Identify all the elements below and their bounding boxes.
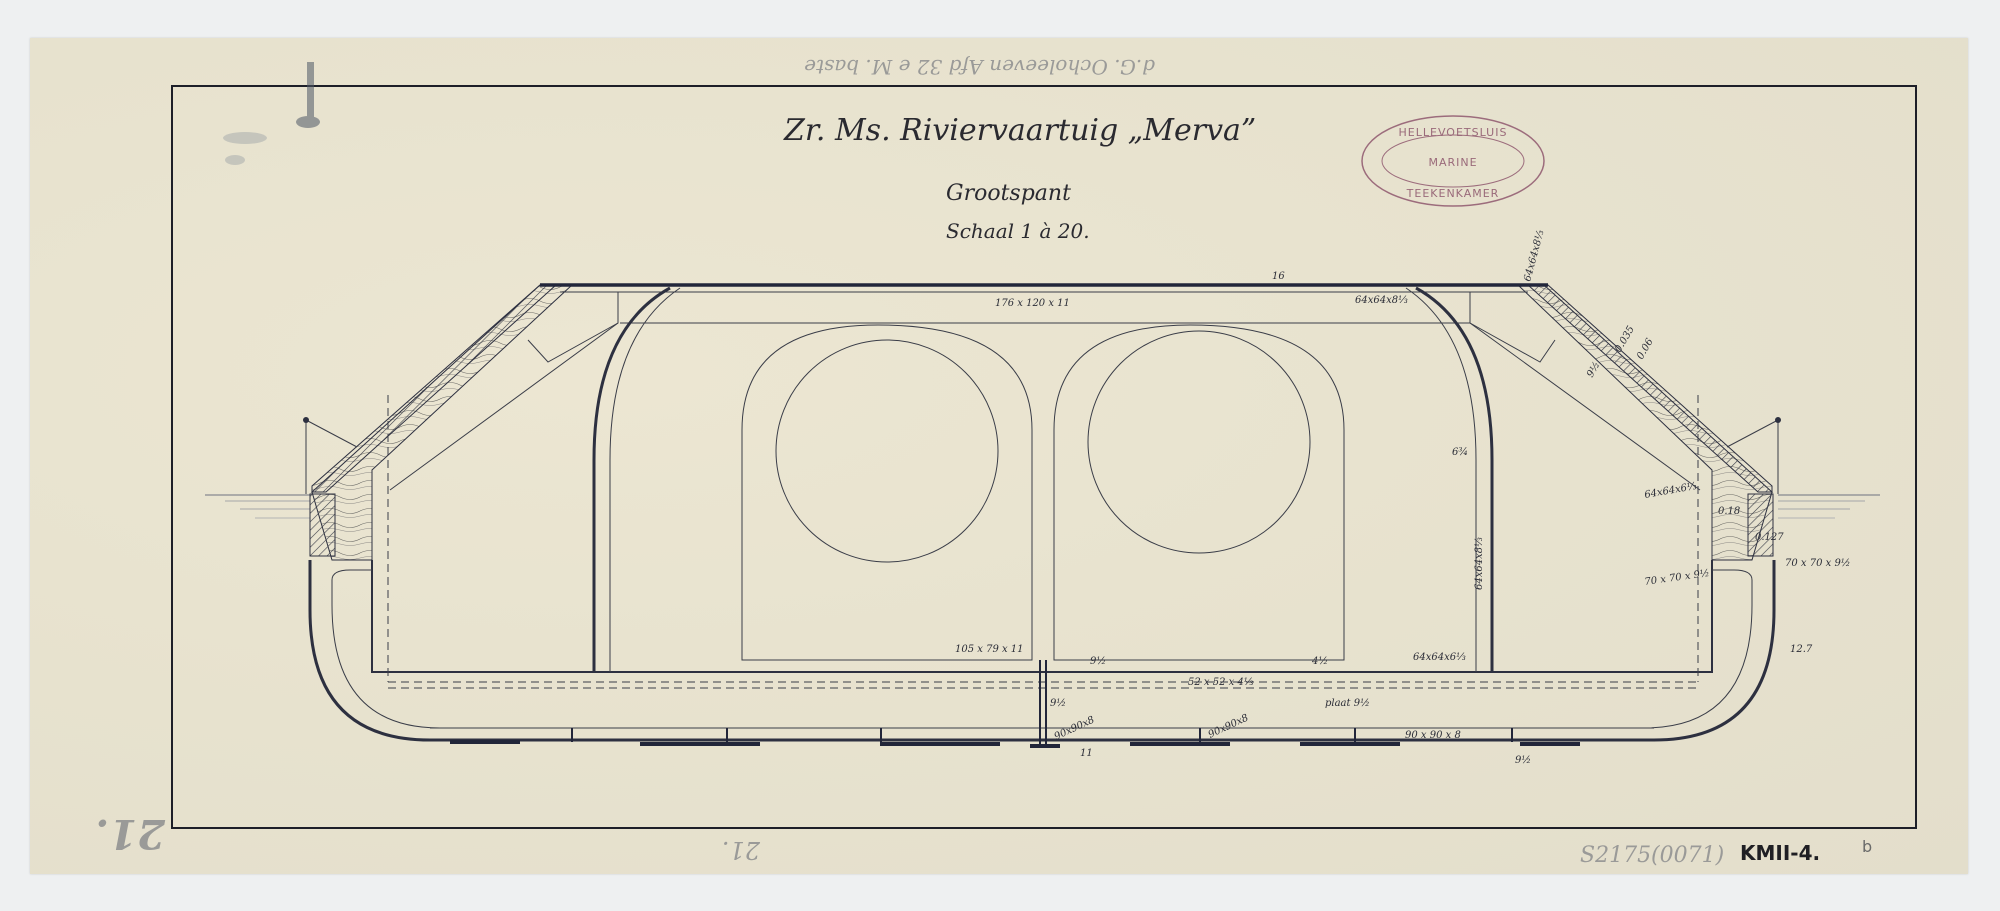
- teekenkamer-stamp: HELLEVOETSLUIS MARINE TEEKENKAMER: [1362, 116, 1544, 206]
- label-keel-bottom: 11: [1080, 748, 1093, 759]
- label-keel-plate: 9½: [1050, 698, 1066, 709]
- label-slope-wood-2: 0.06: [1635, 336, 1656, 361]
- label-floor-angle-right: 64x64x6⅓: [1413, 652, 1466, 663]
- stamp-bottom-text: TEEKENKAMER: [1406, 187, 1500, 200]
- label-bilge-angle-inner: 70 x 70 x 9½: [1644, 568, 1710, 588]
- label-keel-angle: 90x90x8: [1053, 715, 1097, 743]
- drawing-title: Zr. Ms. Riviervaartuig „Merva”: [783, 113, 1256, 148]
- catalog-code: KMII-4.: [1740, 841, 1820, 865]
- label-deck-angle-edge: 64x64x8⅓: [1522, 229, 1546, 283]
- stamp-top-text: HELLEVOETSLUIS: [1399, 126, 1508, 139]
- archive-pencil-code: S2175(0071): [1580, 843, 1724, 868]
- label-stringer: 52 x 52 x 4⅓: [1188, 677, 1254, 688]
- hull-section: [303, 285, 1781, 746]
- label-bottom-angle-right: 90 x 90 x 8: [1405, 730, 1461, 741]
- waterline-left: [205, 495, 310, 518]
- label-side-angle: 64x64x6⅓: [1644, 481, 1698, 501]
- label-slope-wood-1: 0.035: [1613, 324, 1637, 354]
- label-frame-thickness: 6¾: [1452, 447, 1468, 458]
- drawing-subtitle: Grootspant: [946, 181, 1071, 206]
- waterline-right: [1778, 495, 1880, 518]
- catalog-suffix: b: [1862, 837, 1872, 856]
- label-bottom-plate-right: 9½: [1515, 755, 1531, 766]
- label-belt-thickness: 0.127: [1755, 532, 1784, 543]
- archive-number-left: 21.: [95, 810, 166, 857]
- archive-number-center: 21.: [722, 836, 761, 864]
- label-side-plate: 12.7: [1790, 644, 1813, 655]
- drawing-scale: Schaal 1 à 20.: [946, 219, 1090, 243]
- label-frame-angle: 64x64x8⅓: [1474, 537, 1485, 590]
- label-floor-plate-right: 4½: [1311, 656, 1328, 667]
- pencil-note-top: d.G. Ocholeeven Afd 32 e M. baste: [804, 55, 1155, 79]
- label-deck-beam: 176 x 120 x 11: [995, 298, 1070, 309]
- label-deck-plate: 16: [1272, 271, 1285, 282]
- label-bottom-angle-mid: 90x90x8: [1207, 713, 1251, 741]
- label-bilge-angle-outer: 70 x 70 x 9½: [1785, 558, 1851, 569]
- label-floor-plate-left: 9½: [1090, 656, 1106, 667]
- cross-section-drawing: Zr. Ms. Riviervaartuig „Merva” Grootspan…: [0, 0, 2000, 911]
- label-bottom-plate: plaat 9½: [1325, 698, 1370, 709]
- label-keelson-angle: 105 x 79 x 11: [955, 644, 1024, 655]
- label-deck-angle: 64x64x8⅓: [1355, 295, 1408, 306]
- stamp-middle-text: MARINE: [1428, 156, 1477, 169]
- ink-blot-marks: [223, 62, 320, 165]
- label-wood-width: 0.18: [1718, 506, 1740, 517]
